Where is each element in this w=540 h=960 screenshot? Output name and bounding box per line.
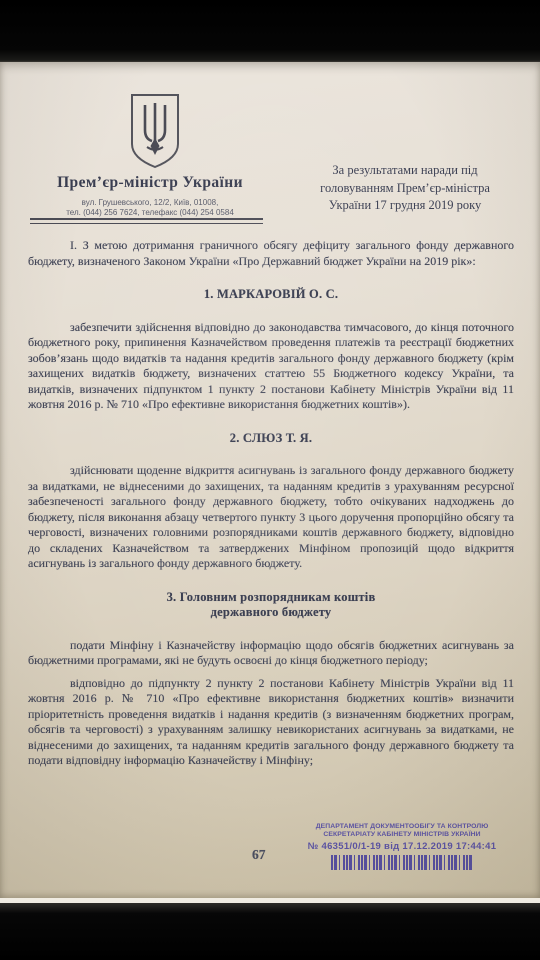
section-3-heading-line2: державного бюджету: [28, 605, 514, 621]
document-page: Прем’єр-міністр України вул. Грушевськог…: [0, 62, 540, 903]
section-2-heading: 2. СЛЮЗ Т. Я.: [28, 431, 514, 447]
section-3-heading-line1: 3. Головним розпорядникам коштів: [28, 590, 514, 606]
photo-bottom-band: [0, 903, 540, 960]
document-body: І. З метою дотримання граничного обсягу …: [0, 238, 540, 769]
reference-note-line3: України 17 грудня 2019 року: [292, 197, 518, 215]
reference-note-line1: За результатами наради під: [292, 162, 518, 180]
ukraine-trident-emblem-icon: [128, 92, 182, 170]
reference-note-line2: головуванням Прем’єр-міністра: [292, 180, 518, 198]
section-1-heading: 1. МАРКАРОВІЙ О. С.: [28, 287, 514, 303]
stamp-line2: СЕКРЕТАРІАТУ КАБІНЕТУ МІНІСТРІВ УКРАЇНИ: [292, 831, 512, 839]
page-number: 67: [252, 847, 266, 863]
section-2-paragraph: здійснювати щоденне відкриття асигнувань…: [28, 463, 514, 572]
section-3-heading: 3. Головним розпорядникам коштів державн…: [28, 590, 514, 621]
stamp-registration-number: № 46351/0/1-19 від 17.12.2019 17:44:41: [292, 841, 512, 852]
letterhead-divider: [30, 218, 263, 224]
stamp-barcode: [331, 855, 473, 870]
registration-stamp: ДЕПАРТАМЕНТ ДОКУМЕНТООБІГУ ТА КОНТРОЛЮ С…: [292, 823, 512, 870]
photo-top-band: [0, 0, 540, 62]
document-photo: Прем’єр-міністр України вул. Грушевськог…: [0, 0, 540, 960]
section-3-paragraph-1: подати Мінфіну і Казначейству інформацію…: [28, 638, 514, 669]
org-address-line1: вул. Грушевського, 12/2, Київ, 01008,: [28, 198, 272, 208]
reference-note: За результатами наради під головуванням …: [292, 162, 518, 215]
section-1-paragraph: забезпечити здійснення відповідно до зак…: [28, 320, 514, 413]
stamp-line1: ДЕПАРТАМЕНТ ДОКУМЕНТООБІГУ ТА КОНТРОЛЮ: [292, 823, 512, 831]
org-name: Прем’єр-міністр України: [28, 174, 272, 192]
intro-paragraph: І. З метою дотримання граничного обсягу …: [28, 238, 514, 269]
section-3-paragraph-2: відповідно до підпункту 2 пункту 2 поста…: [28, 676, 514, 769]
org-address: вул. Грушевського, 12/2, Київ, 01008, те…: [28, 198, 272, 217]
org-address-line2: тел. (044) 256 7624, телефакс (044) 254 …: [28, 208, 272, 218]
